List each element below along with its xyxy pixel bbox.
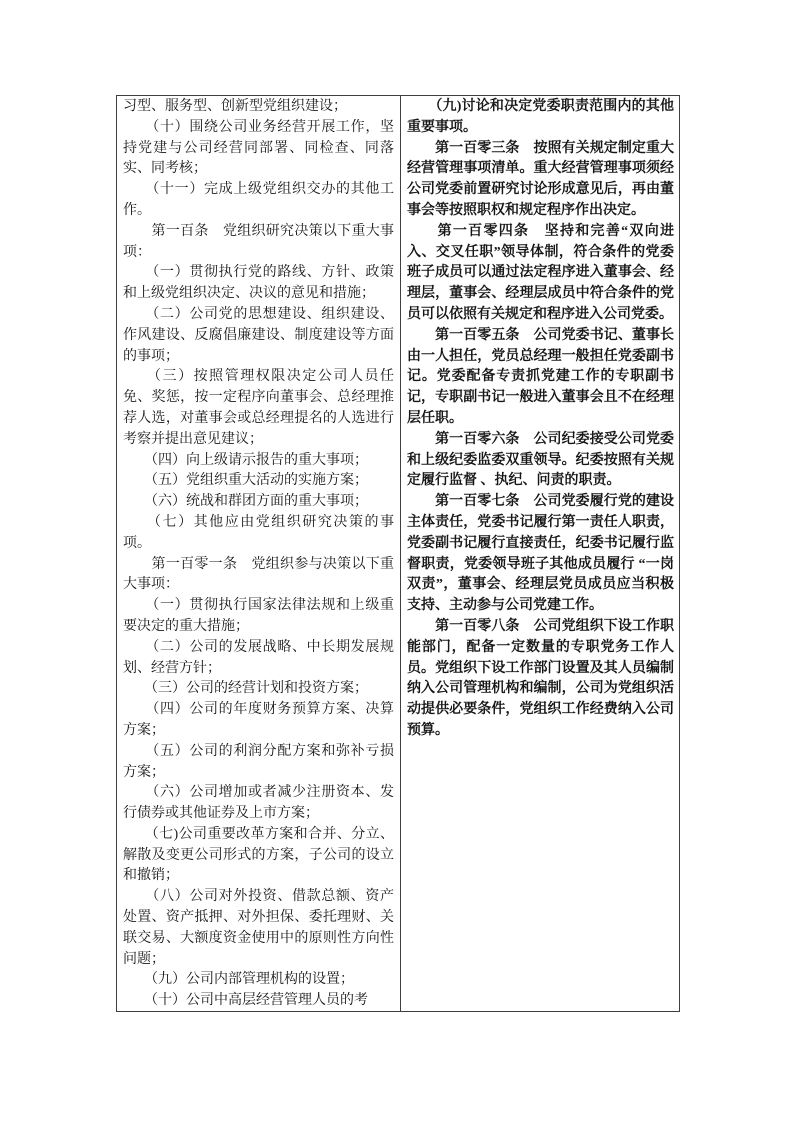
- paragraph: （二）公司的发展战略、中长期发展规划、经营方针；: [123, 638, 394, 680]
- paragraph: （九）公司内部管理机构的设置；: [123, 970, 394, 991]
- paragraph: （一）贯彻执行国家法律法规和上级重要决定的重大措施；: [123, 596, 394, 638]
- paragraph: 习型、服务型、创新型党组织建设；: [123, 97, 394, 118]
- paragraph: 第一百零六条 公司纪委接受公司党委和上级纪委监委双重领导。纪委按照有关规定履行监…: [407, 430, 674, 492]
- paragraph: （三）按照管理权限决定公司人员任免、奖惩，按一定程序向董事会、总经理推荐人选，对…: [123, 367, 394, 450]
- paragraph: 第一百条 党组织研究决策以下重大事项：: [123, 222, 394, 264]
- paragraph: （四）向上级请示报告的重大事项；: [123, 451, 394, 472]
- paragraph: （一）贯彻执行党的路线、方针、政策和上级党组织决定、决议的意见和措施；: [123, 263, 394, 305]
- right-column-cell: （九)讨论和决定党委职责范围内的其他重要事项。 第一百零三条 按照有关规定制定重…: [401, 96, 679, 1011]
- paragraph: （五）公司的利润分配方案和弥补亏损方案；: [123, 742, 394, 784]
- paragraph: （十）公司中高层经营管理人员的考: [123, 991, 394, 1011]
- paragraph: （七）其他应由党组织研究决策的事项。: [123, 513, 394, 555]
- two-column-table: 习型、服务型、创新型党组织建设； （十）围绕公司业务经营开展工作，坚持党建与公司…: [116, 95, 680, 1012]
- paragraph: 第一百零一条 党组织参与决策以下重大事项：: [123, 555, 394, 597]
- paragraph: 第一百零五条 公司党委书记、董事长由一人担任，党员总经理一般担任党委副书记。党委…: [407, 326, 674, 430]
- paragraph: 第一百零四条 坚持和完善“双向进入、交叉任职”领导体制，符合条件的党委班子成员可…: [407, 222, 674, 326]
- paragraph: （十一）完成上级党组织交办的其他工作。: [123, 180, 394, 222]
- paragraph: （六）统战和群团方面的重大事项；: [123, 492, 394, 513]
- paragraph: （六）公司增加或者减少注册资本、发行债券或其他证券及上市方案；: [123, 783, 394, 825]
- paragraph: （三）公司的经营计划和投资方案；: [123, 679, 394, 700]
- paragraph: （八）公司对外投资、借款总额、资产处置、资产抵押、对外担保、委托理财、关联交易、…: [123, 887, 394, 970]
- paragraph: （二）公司党的思想建设、组织建设、作风建设、反腐倡廉建设、制度建设等方面的事项；: [123, 305, 394, 367]
- paragraph: （五）党组织重大活动的实施方案；: [123, 471, 394, 492]
- paragraph: 第一百零八条 公司党组织下设工作职能部门，配备一定数量的专职党务工作人员。党组织…: [407, 617, 674, 742]
- paragraph: （七)公司重要改革方案和合并、分立、解散及变更公司形式的方案，子公司的设立和撤销…: [123, 825, 394, 887]
- left-column-cell: 习型、服务型、创新型党组织建设； （十）围绕公司业务经营开展工作，坚持党建与公司…: [117, 96, 401, 1011]
- paragraph: （四）公司的年度财务预算方案、决算方案；: [123, 700, 394, 742]
- paragraph: 第一百零三条 按照有关规定制定重大经营管理事项清单。重大经营管理事项须经公司党委…: [407, 139, 674, 222]
- document-page: 习型、服务型、创新型党组织建设； （十）围绕公司业务经营开展工作，坚持党建与公司…: [0, 0, 794, 1122]
- paragraph: （十）围绕公司业务经营开展工作，坚持党建与公司经营同部署、同检查、同落实、同考核…: [123, 118, 394, 180]
- paragraph: 第一百零七条 公司党委履行党的建设主体责任，党委书记履行第一责任人职责，党委副书…: [407, 492, 674, 617]
- paragraph: （九)讨论和决定党委职责范围内的其他重要事项。: [407, 97, 674, 139]
